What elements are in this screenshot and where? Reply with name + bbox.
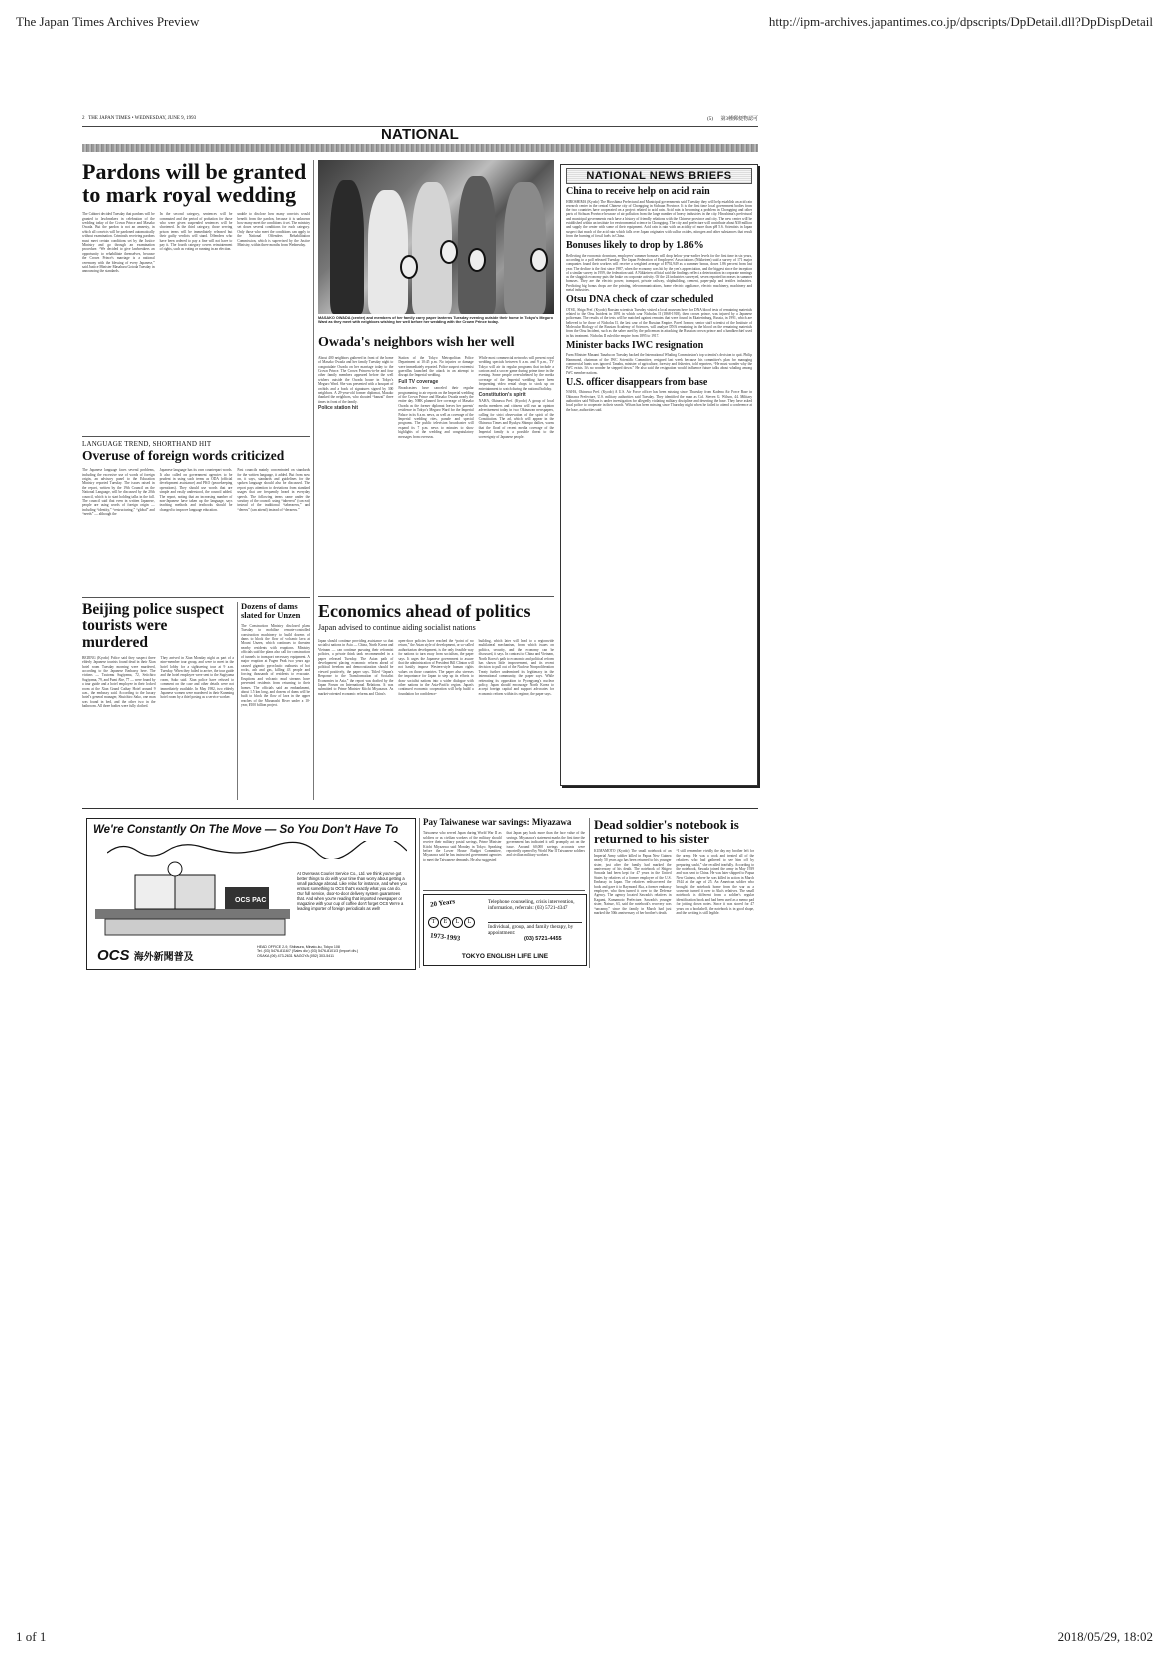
brief-headline: U.S. officer disappears from base [566, 378, 752, 389]
tell-letters: T E L L [428, 917, 475, 928]
article-column: that Japan pay back more than the face v… [507, 831, 586, 891]
print-title: The Japan Times Archives Preview [16, 14, 199, 30]
column-rule [419, 818, 420, 968]
headline: Beijing police suspect tourists were mur… [82, 602, 234, 651]
tell-arc-bottom: 1973-1993 [430, 931, 461, 942]
briefs-title: NATIONAL NEWS BRIEFS [566, 168, 752, 184]
brief-headline: Bonuses likely to drop by 1.86% [566, 241, 752, 252]
brief-item: China to receive help on acid rain HIROS… [566, 187, 752, 238]
article-column: open-door policies have reached the “poi… [398, 639, 473, 799]
article-column: The Construction Ministry disclosed plan… [241, 624, 310, 798]
ad-contact: HEAD OFFICE 2-9, Shibaura, Minato-ku, To… [257, 945, 407, 958]
article-column: While most commercial networks will pres… [479, 356, 554, 391]
browser-print-footer: 1 of 1 2018/05/29, 18:02 [16, 1629, 1153, 1645]
divider [423, 890, 585, 891]
tell-arc-top: 20 Years [430, 897, 456, 908]
brief-body: NAHA, Okinawa Pref. (Kyodo) A U.S. Air F… [566, 390, 752, 411]
article-column: The Japanese language faces several prob… [82, 468, 155, 580]
subhead: Constitution's spirit [479, 393, 554, 397]
headline: Pardons will be granted to mark royal we… [82, 160, 310, 206]
lantern-icon [400, 255, 418, 279]
brief-item: U.S. officer disappears from base NAHA, … [566, 378, 752, 412]
newspaper-page: 2 THE JAPAN TIMES • WEDNESDAY, JUNE 9, 1… [82, 112, 758, 972]
headline: Owada's neighbors wish her well [318, 336, 554, 351]
subhead: Full TV coverage [398, 380, 473, 384]
headline: Pay Taiwanese war savings: Miyazawa [423, 818, 585, 827]
brief-item: Otsu DNA check of czar scheduled OTSU, S… [566, 295, 752, 338]
edition-number: (5) [707, 117, 713, 122]
tell-line2: Individual, group, and family therapy, b… [488, 922, 582, 936]
kicker: LANGUAGE TREND, SHORTHAND HIT [82, 440, 310, 448]
article-column: The Cabinet decided Tuesday that pardons… [82, 212, 155, 422]
lantern-icon [530, 248, 548, 272]
ad-body: At Overseas Courier Service Co., Ltd. we… [297, 871, 407, 911]
browser-print-header: The Japan Times Archives Preview http://… [16, 14, 1153, 30]
headline: Overuse of foreign words criticized [82, 449, 310, 463]
tell-phone2: (03) 5721-4455 [524, 936, 562, 942]
article-taiwanese: Pay Taiwanese war savings: Miyazawa Taiw… [423, 818, 585, 891]
ocs-advertisement: We're Constantly On The Move — So You Do… [86, 818, 416, 970]
article-column: Japan should continue providing assistan… [318, 639, 393, 799]
postal-mark: 第3種郵便物認可 [720, 117, 758, 122]
article-owada: Owada's neighbors wish her well About 40… [318, 336, 554, 582]
print-url: http://ipm-archives.japantimes.co.jp/dps… [769, 14, 1153, 30]
column-rule [313, 160, 314, 800]
article-column: Past councils mainly concentrated on sta… [237, 468, 310, 580]
article-column: About 400 neighbors gathered in front of… [318, 356, 393, 404]
page-number: 2 [82, 116, 85, 121]
brief-headline: Minister backs IWC resignation [566, 341, 752, 352]
ad-slogan: We're Constantly On The Move — So You Do… [87, 819, 415, 836]
svg-text:OCS PAC: OCS PAC [235, 897, 266, 904]
owada-family-photo [318, 160, 554, 314]
brief-headline: Otsu DNA check of czar scheduled [566, 295, 752, 306]
article-column: NAHA, Okinawa Pref. (Kyodo) A group of l… [479, 399, 554, 439]
paper-date: THE JAPAN TIMES • WEDNESDAY, JUNE 9, 199… [88, 116, 196, 121]
section-band [82, 144, 758, 152]
brief-body: Farm Minister Masami Tanabu on Tuesday b… [566, 353, 752, 374]
article-column: KUMAMOTO (Kyodo) The small notebook of a… [594, 849, 672, 959]
article-column: Taiwanese who served Japan during World … [423, 831, 502, 891]
article-column: They arrived in Xian Monday night as par… [161, 656, 235, 844]
article-column: Station of the Tokyo Metropolitan Police… [398, 356, 473, 378]
headline: Dead soldier's notebook is returned to h… [594, 818, 754, 845]
brief-body: OTSU, Shiga Pref. (Kyodo) Russian scient… [566, 308, 752, 338]
article-column: “I still remember vividly the day my bro… [677, 849, 755, 959]
national-news-briefs: NATIONAL NEWS BRIEFS China to receive he… [560, 164, 758, 786]
article-unzen: Dozens of dams slated for Unzen The Cons… [241, 602, 310, 798]
divider [82, 436, 310, 437]
article-column: BEIJING (Kyodo) Police said they suspect… [82, 656, 156, 844]
article-column: unable to disclose how many convicts wou… [237, 212, 310, 422]
lantern-icon [468, 248, 486, 272]
article-column: Broadcasters have canceled their regular… [398, 386, 473, 439]
subhead: Police station hit [318, 406, 393, 410]
brief-item: Minister backs IWC resignation Farm Mini… [566, 341, 752, 375]
column-rule [589, 818, 590, 968]
article-soldier: Dead soldier's notebook is returned to h… [594, 818, 754, 959]
tell-footer: TOKYO ENGLISH LIFE LINE [424, 953, 586, 960]
cloud-line-icon [107, 841, 407, 859]
headline: Economics ahead of politics [318, 602, 554, 621]
print-timestamp: 2018/05/29, 18:02 [1058, 1629, 1153, 1645]
brief-body: Reflecting the economic downturn, employ… [566, 254, 752, 293]
folio-line: 2 THE JAPAN TIMES • WEDNESDAY, JUNE 9, 1… [82, 112, 758, 127]
man-reading-newspaper-illustration: OCS PAC [95, 861, 295, 936]
article-foreign-words: LANGUAGE TREND, SHORTHAND HIT Overuse of… [82, 440, 310, 580]
divider [82, 808, 758, 809]
photo-caption: MASAKO OWADA (center) and members of her… [318, 316, 554, 325]
article-column: building, which later will lead to a reg… [479, 639, 554, 799]
ocs-logo: OCS 海外新聞普及 [97, 947, 194, 964]
divider [82, 597, 310, 598]
article-column: In the second category, sentences will b… [160, 212, 233, 422]
section-title: NATIONAL [82, 126, 758, 143]
deck: Japan advised to continue aiding sociali… [318, 623, 554, 632]
article-economics: Economics ahead of politics Japan advise… [318, 602, 554, 799]
tell-advertisement: 20 Years T E L L 1973-1993 Telephone cou… [423, 894, 587, 966]
headline: Dozens of dams slated for Unzen [241, 602, 310, 620]
column-rule [237, 602, 238, 800]
tell-line1: Telephone counseling, crisis interventio… [488, 899, 582, 911]
article-pardons: Pardons will be granted to mark royal we… [82, 160, 310, 422]
brief-body: HIROSHIMA (Kyodo) The Hiroshima Prefectu… [566, 200, 752, 239]
lantern-icon [440, 240, 458, 264]
divider [318, 596, 554, 597]
page-count: 1 of 1 [16, 1629, 46, 1645]
brief-item: Bonuses likely to drop by 1.86% Reflecti… [566, 241, 752, 292]
article-column: Japanese language has its own counterpar… [160, 468, 233, 580]
brief-headline: China to receive help on acid rain [566, 187, 752, 198]
